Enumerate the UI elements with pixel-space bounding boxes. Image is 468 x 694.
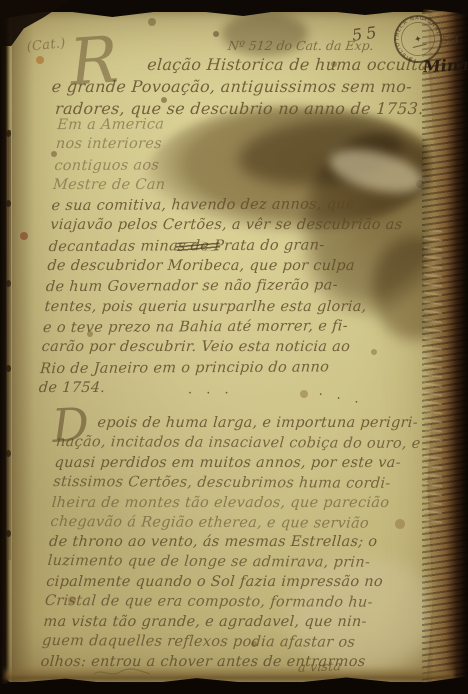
manuscript-line: viajavão pelos Certões, a vêr se descubr… xyxy=(49,215,425,235)
manuscript-line: nação, incitados da insaciavel cobiça do… xyxy=(55,433,431,455)
manuscript-line: decantadas minas de Prata do gran- xyxy=(48,235,424,258)
side-note-mina: Mina xyxy=(423,55,468,76)
manuscript-line: e sua comitiva, havendo dez annos, que xyxy=(51,194,427,217)
manuscript-line: de descubridor Moribeca, que por culpa xyxy=(47,256,423,276)
manuscript-line: de throno ao vento, ás mesmas Estrellas;… xyxy=(48,533,424,553)
manuscript-line: stissimos Certões, descubrimos huma cord… xyxy=(52,473,428,495)
manuscript-line: Rio de Janeiro em o principio do anno xyxy=(40,356,416,379)
manuscript-page: (Cat.) Nº 512 do Cat. da Exp. 55 R elaçã… xyxy=(0,0,468,694)
manuscript-line: nos interiores xyxy=(55,134,431,154)
manuscript-line: epois de huma larga, e importuna perigri… xyxy=(97,414,433,434)
manuscript-line: de hum Governador se não fizerão pa- xyxy=(45,275,421,298)
manuscript-line: chegavão á Região etherea, e que servião xyxy=(50,513,426,535)
paragraph-2: epois de huma larga, e importuna perigri… xyxy=(40,414,433,673)
manuscript-line: contiguos aos xyxy=(54,153,430,176)
manuscript-line: ma vista tão grande, e agradavel, que ni… xyxy=(43,613,419,633)
manuscript-line: guem daquelles reflexos podia afastar os xyxy=(41,632,417,654)
catchword: a vista xyxy=(297,659,341,675)
manuscript-line: Cristal de que era composto, formando hu… xyxy=(44,592,420,614)
ink-dots: · · · xyxy=(188,386,234,401)
paragraph-1: Em a Americanos interiorescontiguos aosM… xyxy=(38,114,433,398)
manuscript-line: Mestre de Can xyxy=(52,175,428,195)
stitch-marks xyxy=(8,130,11,560)
manuscript-line: quasi perdidos em muitos annos, por este… xyxy=(54,454,430,474)
corner-number: 5-3 xyxy=(441,34,459,47)
manuscript-line: carão por descubrir. Veio esta noticia a… xyxy=(41,337,417,357)
pen-flourish xyxy=(92,664,152,683)
manuscript-line: luzimento que de longe se admirava, prin… xyxy=(47,552,423,574)
manuscript-line: lheira de montes tão elevados, que parec… xyxy=(51,494,427,514)
title-block: elação Historica de huma occulta,e grand… xyxy=(49,54,439,120)
manuscript-line: Em a America xyxy=(57,113,433,136)
manuscript-line: tentes, pois queria usurparlhe esta glor… xyxy=(44,297,420,317)
scribbled-out-word xyxy=(176,241,220,252)
page-number: 55 xyxy=(351,22,382,45)
manuscript-line: e o teve prezo na Bahia até morrer, e fi… xyxy=(42,316,418,339)
fold-shadow xyxy=(12,12,34,682)
title-line: e grande Povoação, antiguissimos sem mo- xyxy=(51,76,438,98)
manuscript-line: cipalmente quando o Sol fazia impressão … xyxy=(45,573,421,593)
